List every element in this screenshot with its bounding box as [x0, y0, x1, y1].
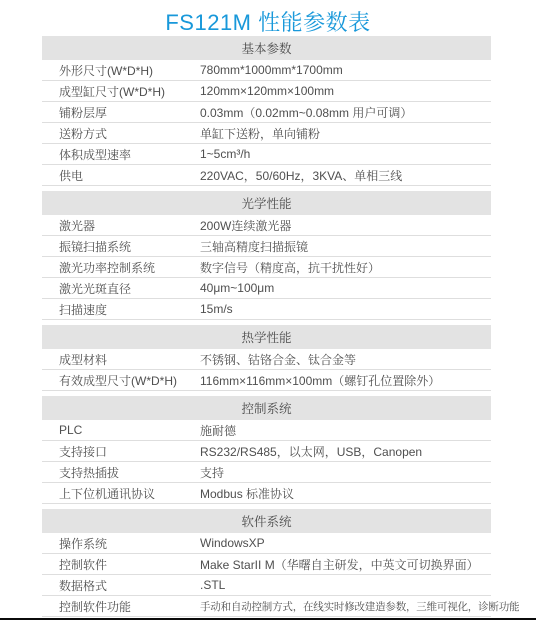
row-label: 成型缸尺寸(W*D*H): [42, 83, 200, 100]
table-row: 送粉方式 单缸下送粉，单向铺粉: [42, 123, 491, 144]
row-label: 操作系统: [42, 535, 200, 552]
section-header: 控制系统: [42, 396, 491, 420]
row-value: 支持: [200, 464, 224, 481]
row-value: 手动和自动控制方式，在线实时修改建造参数，三维可视化，诊断功能: [200, 599, 519, 614]
row-label: 控制软件: [42, 556, 200, 573]
table-row: 控制软件功能 手动和自动控制方式，在线实时修改建造参数，三维可视化，诊断功能: [42, 596, 491, 617]
row-value: 三轴高精度扫描振镜: [200, 238, 308, 255]
row-value: 220VAC，50/60Hz，3KVA、单相三线: [200, 167, 402, 184]
row-value: WindowsXP: [200, 536, 265, 550]
row-value: 120mm×120mm×100mm: [200, 84, 334, 98]
row-label: 激光光斑直径: [42, 280, 200, 297]
row-label: 供电: [42, 167, 200, 184]
table-row: 成型缸尺寸(W*D*H) 120mm×120mm×100mm: [42, 81, 491, 102]
row-value: 116mm×116mm×100mm（螺钉孔位置除外）: [200, 372, 440, 389]
table-row: 铺粉层厚 0.03mm（0.02mm~0.08mm 用户可调）: [42, 102, 491, 123]
row-label: 送粉方式: [42, 125, 200, 142]
spec-sheet: FS121M 性能参数表 基本参数 外形尺寸(W*D*H) 780mm*1000…: [0, 0, 536, 617]
table-row: 控制软件 Make StarII M（华曙自主研发，中英文可切换界面）: [42, 554, 491, 575]
row-label: 扫描速度: [42, 301, 200, 318]
row-value: 施耐德: [200, 422, 236, 439]
section-header: 光学性能: [42, 191, 491, 215]
section-header: 软件系统: [42, 509, 491, 533]
row-label: PLC: [42, 423, 200, 437]
spec-table: 基本参数 外形尺寸(W*D*H) 780mm*1000mm*1700mm 成型缸…: [42, 36, 491, 617]
row-label: 激光器: [42, 217, 200, 234]
row-value: 数字信号（精度高，抗干扰性好）: [200, 259, 380, 276]
table-row: 外形尺寸(W*D*H) 780mm*1000mm*1700mm: [42, 60, 491, 81]
table-row: 上下位机通讯协议 Modbus 标准协议: [42, 483, 491, 504]
row-label: 铺粉层厚: [42, 104, 200, 121]
row-label: 振镜扫描系统: [42, 238, 200, 255]
section-rows: 外形尺寸(W*D*H) 780mm*1000mm*1700mm 成型缸尺寸(W*…: [42, 60, 491, 186]
row-value: 1~5cm³/h: [200, 147, 250, 161]
row-value: 单缸下送粉，单向铺粉: [200, 125, 320, 142]
table-row: 数据格式 .STL: [42, 575, 491, 596]
section-rows: 激光器 200W连续激光器 振镜扫描系统 三轴高精度扫描振镜 激光功率控制系统 …: [42, 215, 491, 320]
row-label: 体积成型速率: [42, 146, 200, 163]
table-row: 激光器 200W连续激光器: [42, 215, 491, 236]
section-rows: PLC 施耐德 支持接口 RS232/RS485，以太网，USB，Canopen…: [42, 420, 491, 504]
table-row: PLC 施耐德: [42, 420, 491, 441]
section-basic-parameters: 基本参数 外形尺寸(W*D*H) 780mm*1000mm*1700mm 成型缸…: [42, 36, 491, 186]
row-value: 40μm~100μm: [200, 281, 274, 295]
row-value: RS232/RS485，以太网，USB，Canopen: [200, 443, 422, 460]
table-row: 激光光斑直径 40μm~100μm: [42, 278, 491, 299]
section-rows: 成型材料 不锈钢、钴铬合金、钛合金等 有效成型尺寸(W*D*H) 116mm×1…: [42, 349, 491, 391]
section-header: 基本参数: [42, 36, 491, 60]
table-row: 支持热插拔 支持: [42, 462, 491, 483]
table-row: 支持接口 RS232/RS485，以太网，USB，Canopen: [42, 441, 491, 462]
section-rows: 操作系统 WindowsXP 控制软件 Make StarII M（华曙自主研发…: [42, 533, 491, 617]
section-thermal-performance: 热学性能 成型材料 不锈钢、钴铬合金、钛合金等 有效成型尺寸(W*D*H) 11…: [42, 325, 491, 391]
table-row: 振镜扫描系统 三轴高精度扫描振镜: [42, 236, 491, 257]
table-row: 成型材料 不锈钢、钴铬合金、钛合金等: [42, 349, 491, 370]
table-row: 扫描速度 15m/s: [42, 299, 491, 320]
row-value: 200W连续激光器: [200, 217, 291, 234]
row-label: 激光功率控制系统: [42, 259, 200, 276]
row-value: 780mm*1000mm*1700mm: [200, 63, 343, 77]
row-value: Make StarII M（华曙自主研发，中英文可切换界面）: [200, 556, 479, 573]
table-row: 激光功率控制系统 数字信号（精度高，抗干扰性好）: [42, 257, 491, 278]
row-value: Modbus 标准协议: [200, 485, 294, 502]
row-value: 不锈钢、钴铬合金、钛合金等: [200, 351, 356, 368]
row-value: 15m/s: [200, 302, 233, 316]
row-value: .STL: [200, 578, 225, 592]
section-header: 热学性能: [42, 325, 491, 349]
section-software-system: 软件系统 操作系统 WindowsXP 控制软件 Make StarII M（华…: [42, 509, 491, 617]
section-optical-performance: 光学性能 激光器 200W连续激光器 振镜扫描系统 三轴高精度扫描振镜 激光功率…: [42, 191, 491, 320]
row-value: 0.03mm（0.02mm~0.08mm 用户可调）: [200, 104, 412, 121]
row-label: 控制软件功能: [42, 598, 200, 615]
table-row: 供电 220VAC，50/60Hz，3KVA、单相三线: [42, 165, 491, 186]
row-label: 数据格式: [42, 577, 200, 594]
row-label: 成型材料: [42, 351, 200, 368]
table-row: 有效成型尺寸(W*D*H) 116mm×116mm×100mm（螺钉孔位置除外）: [42, 370, 491, 391]
row-label: 支持接口: [42, 443, 200, 460]
section-control-system: 控制系统 PLC 施耐德 支持接口 RS232/RS485，以太网，USB，Ca…: [42, 396, 491, 504]
row-label: 有效成型尺寸(W*D*H): [42, 372, 200, 389]
table-row: 操作系统 WindowsXP: [42, 533, 491, 554]
page-title: FS121M 性能参数表: [0, 0, 536, 36]
table-row: 体积成型速率 1~5cm³/h: [42, 144, 491, 165]
row-label: 上下位机通讯协议: [42, 485, 200, 502]
row-label: 外形尺寸(W*D*H): [42, 62, 200, 79]
row-label: 支持热插拔: [42, 464, 200, 481]
